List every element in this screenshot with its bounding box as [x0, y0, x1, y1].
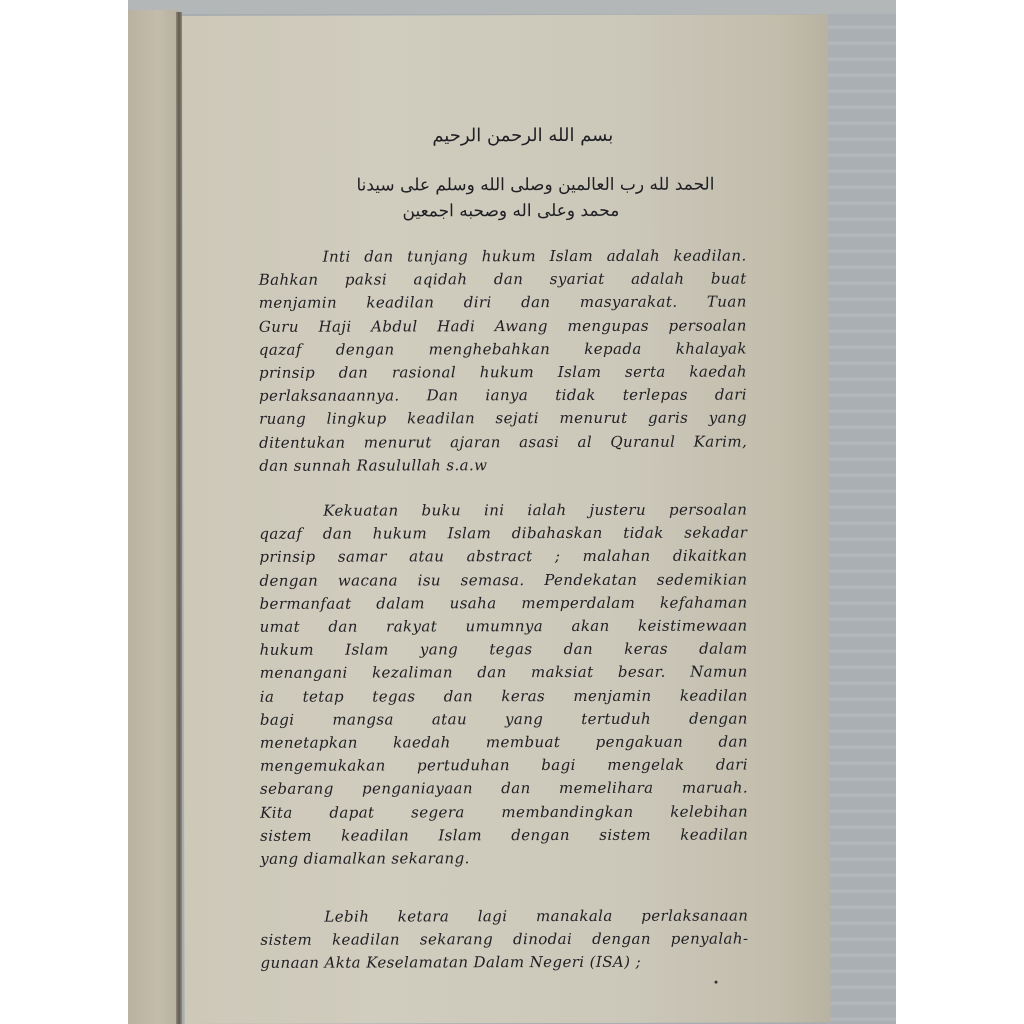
text-line: Inti dan tunjang hukum Islam adalah kead…	[259, 245, 747, 269]
text-line: gunaan Akta Keselamatan Dalam Negeri (IS…	[260, 951, 748, 975]
text-line: ruang lingkup keadilan sejati menurut ga…	[259, 407, 747, 431]
book-page: بسم الله الرحمن الرحيم الحمد لله رب العا…	[182, 14, 831, 1024]
top-background-strip	[128, 0, 896, 14]
ribbed-background	[826, 0, 896, 1024]
text-line: perlaksanaannya. Dan ianya tidak terlepa…	[259, 384, 747, 408]
text-line: Kekuatan buku ini ialah justeru persoala…	[259, 499, 747, 523]
text-line: bagi mangsa atau yang tertuduh dengan	[260, 707, 748, 731]
text-line: qazaf dengan menghebahkan kepada khalaya…	[259, 337, 747, 361]
text-line: bermanfaat dalam usaha memperdalam kefah…	[260, 591, 748, 615]
basmala-heading: بسم الله الرحمن الرحيم	[432, 125, 613, 146]
paragraph-3: Lebih ketara lagi manakala perlaksanaan …	[260, 905, 748, 976]
text-line: qazaf dan hukum Islam dibahaskan tidak s…	[259, 522, 747, 546]
text-line: sistem keadilan Islam dengan sistem kead…	[260, 823, 748, 847]
text-line: menjamin keadilan diri dan masyarakat. T…	[259, 291, 747, 315]
text-line: sistem keadilan sekarang dinodai dengan …	[260, 928, 748, 952]
text-line: dengan wacana isu semasa. Pendekatan sed…	[259, 568, 747, 592]
book-cover-edge	[128, 10, 178, 1024]
paragraph-1: Inti dan tunjang hukum Islam adalah kead…	[259, 245, 748, 478]
text-line: Kita dapat segera membandingkan kelebiha…	[260, 800, 748, 824]
text-line: prinsip samar atau abstract ; malahan di…	[259, 545, 747, 569]
text-line: Lebih ketara lagi manakala perlaksanaan	[260, 905, 748, 929]
text-line: menetapkan kaedah membuat pengakuan dan	[260, 731, 748, 755]
text-line: Bahkan paksi aqidah dan syariat adalah b…	[259, 268, 747, 292]
book-photo: بسم الله الرحمن الرحيم الحمد لله رب العا…	[128, 0, 896, 1024]
doxology-line-2: محمد وعلى اله وصحبه اجمعين	[402, 201, 619, 222]
text-line: dan sunnah Rasulullah s.a.w	[259, 453, 747, 477]
doxology-line-1: الحمد لله رب العالمين وصلى الله وسلم على…	[356, 175, 714, 196]
book-spine-shadow	[176, 12, 182, 1024]
paragraph-2: Kekuatan buku ini ialah justeru persoala…	[259, 499, 748, 872]
text-line: hukum Islam yang tegas dan keras dalam	[260, 638, 748, 662]
text-line: yang diamalkan sekarang.	[260, 847, 748, 871]
text-line: Guru Haji Abdul Hadi Awang mengupas pers…	[259, 314, 747, 338]
text-line: ditentukan menurut ajaran asasi al Quran…	[259, 430, 747, 454]
text-line: menangani kezaliman dan maksiat besar. N…	[260, 661, 748, 685]
text-line: ia tetap tegas dan keras menjamin keadil…	[260, 684, 748, 708]
text-line: prinsip dan rasional hukum Islam serta k…	[259, 361, 747, 385]
text-line: mengemukakan pertuduhan bagi mengelak da…	[260, 754, 748, 778]
text-line: umat dan rakyat umumnya akan keistimewaa…	[260, 615, 748, 639]
text-line: sebarang penganiayaan dan memelihara mar…	[260, 777, 748, 801]
ink-dot	[715, 981, 718, 984]
